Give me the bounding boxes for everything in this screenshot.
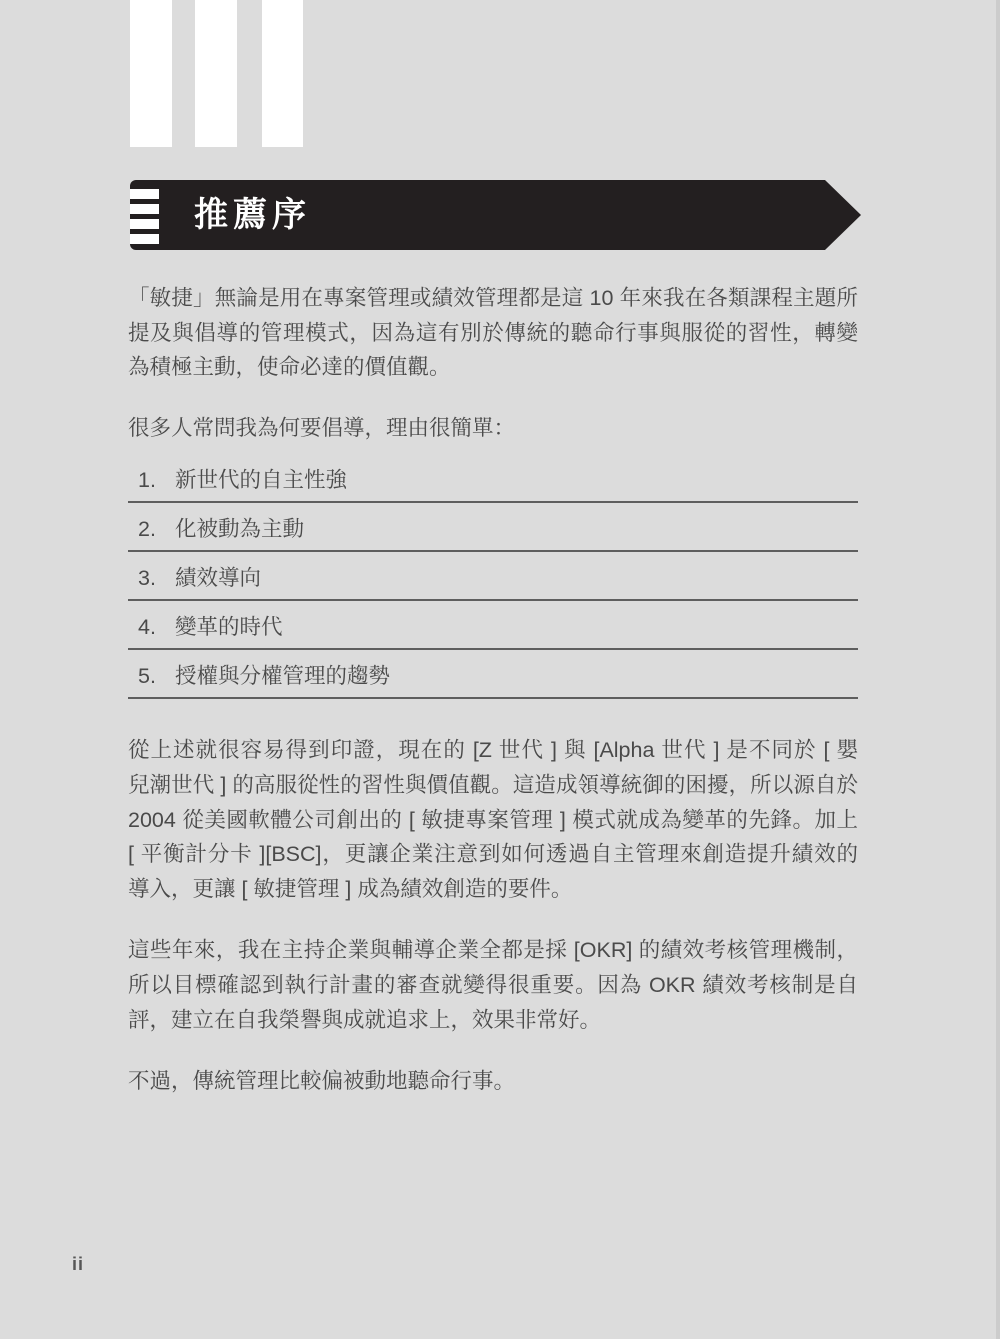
list-item: 2. 化被動為主動 (128, 503, 858, 552)
list-item-number: 3. (138, 561, 175, 596)
list-item-number: 4. (138, 610, 175, 645)
text-line: 所以目標確認到執行計畫的審查就變得很重要。因為 OKR 績效考核制是自 (128, 968, 858, 1003)
banner-arrow-icon (825, 180, 861, 250)
paragraph-lead-in: 很多人常問我為何要倡導，理由很簡單： (128, 411, 858, 446)
list-item-label: 化被動為主動 (175, 512, 858, 547)
paragraph-generations: 從上述就很容易得到印證，現在的 [Z 世代 ] 與 [Alpha 世代 ] 是不… (128, 733, 858, 906)
page-number: ii (72, 1254, 84, 1275)
list-item-number: 1. (138, 463, 175, 498)
text-line: [ 平衡計分卡 ][BSC]，更讓企業注意到如何透過自主管理來創造提升績效的 (128, 837, 858, 872)
content-column: 「敏捷」無論是用在專案管理或績效管理都是這 10 年來我在各類課程主題所 提及與… (128, 281, 858, 1099)
text-line: 評，建立在自我榮譽與成就追求上，效果非常好。 (128, 1003, 858, 1038)
decoration-bar-1 (130, 0, 172, 147)
list-item-number: 5. (138, 659, 175, 694)
book-page: 推薦序 「敏捷」無論是用在專案管理或績效管理都是這 10 年來我在各類課程主題所… (0, 0, 1000, 1339)
text-line: 這些年來，我在主持企業與輔導企業全都是採 [OKR] 的績效考核管理機制， (128, 933, 858, 968)
text-line: 為積極主動，使命必達的價值觀。 (128, 350, 858, 385)
decoration-bar-3 (262, 0, 303, 147)
text-line: 從上述就很容易得到印證，現在的 [Z 世代 ] 與 [Alpha 世代 ] 是不… (128, 733, 858, 768)
list-item: 4. 變革的時代 (128, 601, 858, 650)
paragraph-closing: 不過，傳統管理比較偏被動地聽命行事。 (128, 1064, 858, 1099)
page-edge-shadow (996, 0, 1000, 1339)
list-item-label: 新世代的自主性強 (175, 463, 858, 498)
banner-stripes-icon (130, 204, 159, 214)
paragraph-okr: 這些年來，我在主持企業與輔導企業全都是採 [OKR] 的績效考核管理機制， 所以… (128, 933, 858, 1037)
reasons-list: 1. 新世代的自主性強 2. 化被動為主動 3. 績效導向 4. 變革的時代 5… (128, 454, 858, 699)
banner-stripes-icon (130, 234, 159, 244)
list-item: 5. 授權與分權管理的趨勢 (128, 650, 858, 699)
list-item-number: 2. (138, 512, 175, 547)
paragraph-intro: 「敏捷」無論是用在專案管理或績效管理都是這 10 年來我在各類課程主題所 提及與… (128, 281, 858, 385)
decoration-bar-2 (195, 0, 237, 147)
banner-stripes-icon (130, 189, 159, 199)
text-line: 提及與倡導的管理模式，因為這有別於傳統的聽命行事與服從的習性，轉變 (128, 316, 858, 351)
list-item-label: 授權與分權管理的趨勢 (175, 659, 858, 694)
chapter-banner: 推薦序 (130, 180, 825, 250)
list-item: 3. 績效導向 (128, 552, 858, 601)
banner-stripes-icon (130, 219, 159, 229)
text-line: 2004 從美國軟體公司創出的 [ 敏捷專案管理 ] 模式就成為變革的先鋒。加上 (128, 803, 858, 838)
list-item-label: 績效導向 (175, 561, 858, 596)
list-item: 1. 新世代的自主性強 (128, 454, 858, 503)
text-line: 兒潮世代 ] 的高服從性的習性與價值觀。這造成領導統御的困擾，所以源自於 (128, 768, 858, 803)
list-item-label: 變革的時代 (175, 610, 858, 645)
text-line: 導入，更讓 [ 敏捷管理 ] 成為績效創造的要件。 (128, 872, 858, 907)
page-title: 推薦序 (194, 180, 311, 250)
text-line: 「敏捷」無論是用在專案管理或績效管理都是這 10 年來我在各類課程主題所 (128, 281, 858, 316)
